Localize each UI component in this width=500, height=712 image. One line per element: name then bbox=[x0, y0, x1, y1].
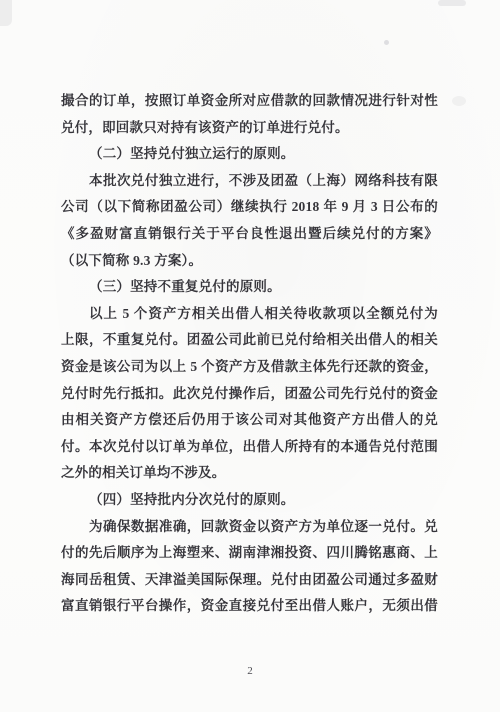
scanned-document-page: 撮合的订单，按照订单资金所对应借款的回款情况进行针对性 兑付，即回款只对持有该资… bbox=[0, 0, 500, 712]
document-line-9: 以上 5 个资产方相关出借人相关待收款项以全额兑付为 bbox=[61, 301, 438, 328]
page-number: 2 bbox=[0, 665, 500, 677]
document-line-6: 《多盈财富直销银行关于平台良性退出暨后续兑付的方案》 bbox=[61, 221, 438, 248]
scan-artifact bbox=[452, 96, 466, 106]
document-line-17: 为确保数据准确，回款资金以资产方为单位逐一兑付。兑 bbox=[61, 514, 438, 541]
document-line-11: 资金是该公司为以上 5 个资产方及借款主体先行还款的资金， bbox=[61, 354, 438, 381]
scan-artifact bbox=[384, 40, 389, 45]
document-line-10: 上限，不重复兑付。团盈公司此前已兑付给相关出借人的相关 bbox=[61, 327, 438, 354]
document-line-1: 撮合的订单，按照订单资金所对应借款的回款情况进行针对性 bbox=[61, 88, 438, 115]
document-line-7: （以下简称 9.3 方案）。 bbox=[61, 248, 438, 275]
document-line-12: 兑付时先行抵扣。此次兑付操作后，团盈公司先行兑付的资金 bbox=[61, 381, 438, 408]
document-heading-3: （三）坚持不重复兑付的原则。 bbox=[61, 274, 438, 301]
document-line-18: 付的先后顺序为上海塑来、湖南津湘投资、四川腾铭惠商、上 bbox=[61, 540, 438, 567]
document-line-15: 之外的相关订单均不涉及。 bbox=[61, 460, 438, 487]
scan-artifact bbox=[0, 0, 12, 26]
document-line-20: 富直销银行平台操作，资金直接兑付至出借人账户，无须出借 bbox=[61, 593, 438, 620]
document-line-14: 付。本次兑付以订单为单位，出借人所持有的本通告兑付范围 bbox=[61, 434, 438, 461]
document-line-19: 海同岳租赁、天津溢美国际保理。兑付由团盈公司通过多盈财 bbox=[61, 567, 438, 594]
document-line-5: 公司（以下简称团盈公司）继续执行 2018 年 9 月 3 日公布的 bbox=[61, 194, 438, 221]
document-body: 撮合的订单，按照订单资金所对应借款的回款情况进行针对性 兑付，即回款只对持有该资… bbox=[61, 88, 438, 620]
document-line-2: 兑付，即回款只对持有该资产的订单进行兑付。 bbox=[61, 115, 438, 142]
scan-artifact bbox=[438, 0, 466, 6]
document-heading-2: （二）坚持兑付独立运行的原则。 bbox=[61, 141, 438, 168]
document-line-13: 由相关资产方偿还后仍用于该公司对其他资产方出借人的兑 bbox=[61, 407, 438, 434]
document-line-4: 本批次兑付独立进行，不涉及团盈（上海）网络科技有限 bbox=[61, 168, 438, 195]
document-heading-4: （四）坚持批内分次兑付的原则。 bbox=[61, 487, 438, 514]
